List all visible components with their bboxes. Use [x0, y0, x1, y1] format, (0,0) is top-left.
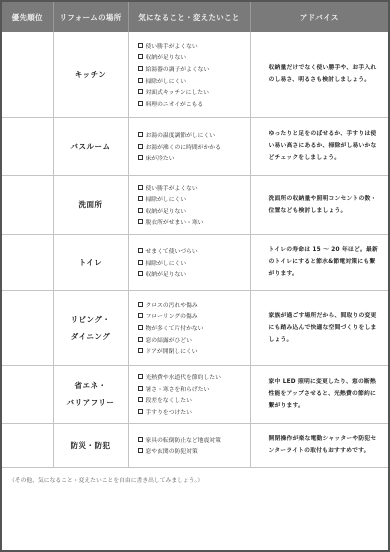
checkbox-icon[interactable]	[138, 437, 143, 442]
checkbox-icon[interactable]	[138, 348, 143, 353]
concern-checkbox-item[interactable]: 掃除がしにくい	[138, 193, 250, 205]
concerns-cell: 使い勝手がよくない収納が足りない給湯器の調子がよくない掃除がしにくい対面式キッチ…	[128, 32, 250, 117]
advice-cell: 家族が過ごす場所だから、間取りの変更にも踏み込んで快適な空間づくりをしましょう。	[250, 290, 388, 365]
table-row: キッチン使い勝手がよくない収納が足りない給湯器の調子がよくない掃除がしにくい対面…	[2, 32, 388, 117]
checkbox-icon[interactable]	[138, 313, 143, 318]
table-row: リビング・ダイニングクロスの汚れや傷みフローリングの傷み物が多くて片付かない窓の…	[2, 290, 388, 365]
priority-cell[interactable]	[2, 365, 53, 423]
concern-checkbox-item[interactable]: 暑さ・寒さを和らげたい	[138, 382, 250, 394]
concern-label: クロスの汚れや傷み	[146, 300, 198, 309]
table-row: バスルームお湯の温度調節がしにくいお湯が沸くのに時間がかかる床が冷たいゆったりと…	[2, 117, 388, 175]
concern-label: 収納が足りない	[146, 269, 187, 278]
concern-checkbox-item[interactable]: 脱衣所がせまい・寒い	[138, 216, 250, 228]
concern-label: 光熱費や水道代を節約したい	[146, 372, 221, 381]
concern-checkbox-item[interactable]: 給湯器の調子がよくない	[138, 63, 250, 75]
concern-label: ドアが開閉しにくい	[146, 346, 198, 355]
advice-cell: 収納量だけでなく使い勝手や、お手入れのし易さ、明るさも検討しましょう。	[250, 32, 388, 117]
checkbox-icon[interactable]	[138, 337, 143, 342]
free-text-area[interactable]: （その他、気になること・変えたいことを自由に書き出してみましょう。）	[2, 466, 388, 550]
place-cell: バスルーム	[53, 117, 128, 175]
concern-label: 床が冷たい	[146, 153, 175, 162]
concern-label: 掃除がしにくい	[146, 194, 187, 203]
checkbox-icon[interactable]	[138, 374, 143, 379]
concern-label: 収納が足りない	[146, 206, 187, 215]
advice-cell: トイレの寿命は 15 ～ 20 年ほど。最新のトイレにすると節水&節電対策にも繋…	[250, 234, 388, 290]
place-label: 省エネ・	[54, 377, 128, 394]
place-label: トイレ	[54, 254, 128, 271]
table-row: 洗面所使い勝手がよくない掃除がしにくい収納が足りない脱衣所がせまい・寒い洗面所の…	[2, 175, 388, 234]
concern-label: 料理のニオイがこもる	[146, 99, 204, 108]
concern-checkbox-item[interactable]: 掃除がしにくい	[138, 74, 250, 86]
concern-label: 家具の転倒防止など地震対策	[146, 435, 221, 444]
place-label: ダイニング	[54, 328, 128, 345]
checkbox-icon[interactable]	[138, 271, 143, 276]
place-cell: 洗面所	[53, 175, 128, 234]
concern-label: 手すりをつけたい	[146, 407, 192, 416]
concern-label: 窓の結露がひどい	[146, 335, 192, 344]
table-row: 防災・防犯家具の転倒防止など地震対策窓や玄関の防犯対策開閉操作が楽な電動シャッタ…	[2, 423, 388, 467]
concern-label: 使い勝手がよくない	[146, 41, 198, 50]
concern-checkbox-item[interactable]: 収納が足りない	[138, 51, 250, 63]
concern-checkbox-item[interactable]: 光熱費や水道代を節約したい	[138, 371, 250, 383]
checkbox-icon[interactable]	[138, 448, 143, 453]
concern-checkbox-item[interactable]: 手すりをつけたい	[138, 406, 250, 418]
concern-label: 暑さ・寒さを和らげたい	[146, 384, 210, 393]
checkbox-icon[interactable]	[138, 185, 143, 190]
concern-checkbox-item[interactable]: 使い勝手がよくない	[138, 181, 250, 193]
checkbox-icon[interactable]	[138, 248, 143, 253]
advice-cell: 家中 LED 照明に変更したり、窓の断熱性能をアップさせると、光熱費の節約に繋が…	[250, 365, 388, 423]
checkbox-icon[interactable]	[138, 260, 143, 265]
table-header-row: 優先順位 リフォームの場所 気になること・変えたいこと アドバイス	[2, 2, 388, 32]
checkbox-icon[interactable]	[138, 219, 143, 224]
place-label: 防災・防犯	[54, 437, 128, 454]
place-cell: トイレ	[53, 234, 128, 290]
checkbox-icon[interactable]	[138, 132, 143, 137]
concern-label: フローリングの傷み	[146, 311, 198, 320]
concern-checkbox-item[interactable]: せまくて使いづらい	[138, 245, 250, 257]
checkbox-icon[interactable]	[138, 208, 143, 213]
checkbox-icon[interactable]	[138, 144, 143, 149]
place-cell: キッチン	[53, 32, 128, 117]
concern-label: 脱衣所がせまい・寒い	[146, 217, 204, 226]
header-advice: アドバイス	[250, 2, 388, 32]
concerns-cell: 家具の転倒防止など地震対策窓や玄関の防犯対策	[128, 423, 250, 467]
concern-label: 収納が足りない	[146, 52, 187, 61]
checkbox-icon[interactable]	[138, 101, 143, 106]
checkbox-icon[interactable]	[138, 78, 143, 83]
checkbox-icon[interactable]	[138, 43, 143, 48]
advice-cell: 洗面所の収納量や照明コンセントの数・位置なども検討しましょう。	[250, 175, 388, 234]
concerns-cell: お湯の温度調節がしにくいお湯が沸くのに時間がかかる床が冷たい	[128, 117, 250, 175]
place-label: バリアフリー	[54, 394, 128, 411]
concern-label: 物が多くて片付かない	[146, 323, 204, 332]
checkbox-icon[interactable]	[138, 397, 143, 402]
checkbox-icon[interactable]	[138, 386, 143, 391]
place-cell: リビング・ダイニング	[53, 290, 128, 365]
concern-checkbox-item[interactable]: クロスの汚れや傷み	[138, 299, 250, 311]
concern-checkbox-item[interactable]: 窓の結露がひどい	[138, 333, 250, 345]
concern-checkbox-item[interactable]: 段差をなくしたい	[138, 394, 250, 406]
concern-checkbox-item[interactable]: 窓や玄関の防犯対策	[138, 445, 250, 457]
checkbox-icon[interactable]	[138, 302, 143, 307]
concern-checkbox-item[interactable]: 対面式キッチンにしたい	[138, 86, 250, 98]
concern-label: 窓や玄関の防犯対策	[146, 446, 198, 455]
concerns-cell: せまくて使いづらい掃除がしにくい収納が足りない	[128, 234, 250, 290]
reform-checklist-table: 優先順位 リフォームの場所 気になること・変えたいこと アドバイス キッチン使い…	[2, 2, 388, 468]
concern-label: 段差をなくしたい	[146, 395, 192, 404]
place-label: 洗面所	[54, 196, 128, 213]
priority-cell[interactable]	[2, 234, 53, 290]
priority-cell[interactable]	[2, 423, 53, 467]
place-label: リビング・	[54, 311, 128, 328]
concern-checkbox-item[interactable]: 使い勝手がよくない	[138, 39, 250, 51]
concern-checkbox-item[interactable]: 家具の転倒防止など地震対策	[138, 433, 250, 445]
place-label: キッチン	[54, 66, 128, 83]
advice-cell: ゆったりと足をのばせるか、手すりは使い易い高さにあるか、掃除がし易いかなどチェッ…	[250, 117, 388, 175]
concern-checkbox-item[interactable]: フローリングの傷み	[138, 310, 250, 322]
concern-label: 使い勝手がよくない	[146, 183, 198, 192]
table-row: トイレせまくて使いづらい掃除がしにくい収納が足りないトイレの寿命は 15 ～ 2…	[2, 234, 388, 290]
checkbox-icon[interactable]	[138, 89, 143, 94]
concern-checkbox-item[interactable]: 収納が足りない	[138, 268, 250, 280]
place-cell: 防災・防犯	[53, 423, 128, 467]
concerns-cell: クロスの汚れや傷みフローリングの傷み物が多くて片付かない窓の結露がひどいドアが開…	[128, 290, 250, 365]
checkbox-icon[interactable]	[138, 409, 143, 414]
concern-label: お湯の温度調節がしにくい	[146, 130, 216, 139]
checkbox-icon[interactable]	[138, 196, 143, 201]
concern-checkbox-item[interactable]: 収納が足りない	[138, 205, 250, 217]
concerns-cell: 使い勝手がよくない掃除がしにくい収納が足りない脱衣所がせまい・寒い	[128, 175, 250, 234]
concern-label: お湯が沸くのに時間がかかる	[146, 142, 221, 151]
priority-cell[interactable]	[2, 117, 53, 175]
reform-checklist-sheet: 優先順位 リフォームの場所 気になること・変えたいこと アドバイス キッチン使い…	[0, 0, 390, 552]
checkbox-icon[interactable]	[138, 325, 143, 330]
concern-checkbox-item[interactable]: 床が冷たい	[138, 152, 250, 164]
header-concerns: 気になること・変えたいこと	[128, 2, 250, 32]
checkbox-icon[interactable]	[138, 54, 143, 59]
concerns-cell: 光熱費や水道代を節約したい暑さ・寒さを和らげたい段差をなくしたい手すりをつけたい	[128, 365, 250, 423]
checkbox-icon[interactable]	[138, 155, 143, 160]
concern-checkbox-item[interactable]: 物が多くて片付かない	[138, 322, 250, 334]
concern-label: 対面式キッチンにしたい	[146, 87, 209, 96]
advice-cell: 開閉操作が楽な電動シャッターや防犯センターライトの取付もおすすめです。	[250, 423, 388, 467]
checkbox-icon[interactable]	[138, 66, 143, 71]
header-priority: 優先順位	[2, 2, 53, 32]
concern-checkbox-item[interactable]: 料理のニオイがこもる	[138, 97, 250, 109]
priority-cell[interactable]	[2, 175, 53, 234]
concern-checkbox-item[interactable]: 掃除がしにくい	[138, 256, 250, 268]
concern-checkbox-item[interactable]: お湯が沸くのに時間がかかる	[138, 140, 250, 152]
priority-cell[interactable]	[2, 290, 53, 365]
header-place: リフォームの場所	[53, 2, 128, 32]
place-cell: 省エネ・バリアフリー	[53, 365, 128, 423]
place-label: バスルーム	[54, 138, 128, 155]
concern-checkbox-item[interactable]: ドアが開閉しにくい	[138, 345, 250, 357]
concern-label: 掃除がしにくい	[146, 76, 187, 85]
concern-label: 給湯器の調子がよくない	[146, 64, 210, 73]
concern-checkbox-item[interactable]: お湯の温度調節がしにくい	[138, 129, 250, 141]
priority-cell[interactable]	[2, 32, 53, 117]
free-text-prompt: （その他、気になること・変えたいことを自由に書き出してみましょう。）	[9, 478, 203, 484]
concern-label: せまくて使いづらい	[146, 246, 198, 255]
concern-label: 掃除がしにくい	[146, 258, 187, 267]
table-row: 省エネ・バリアフリー光熱費や水道代を節約したい暑さ・寒さを和らげたい段差をなくし…	[2, 365, 388, 423]
